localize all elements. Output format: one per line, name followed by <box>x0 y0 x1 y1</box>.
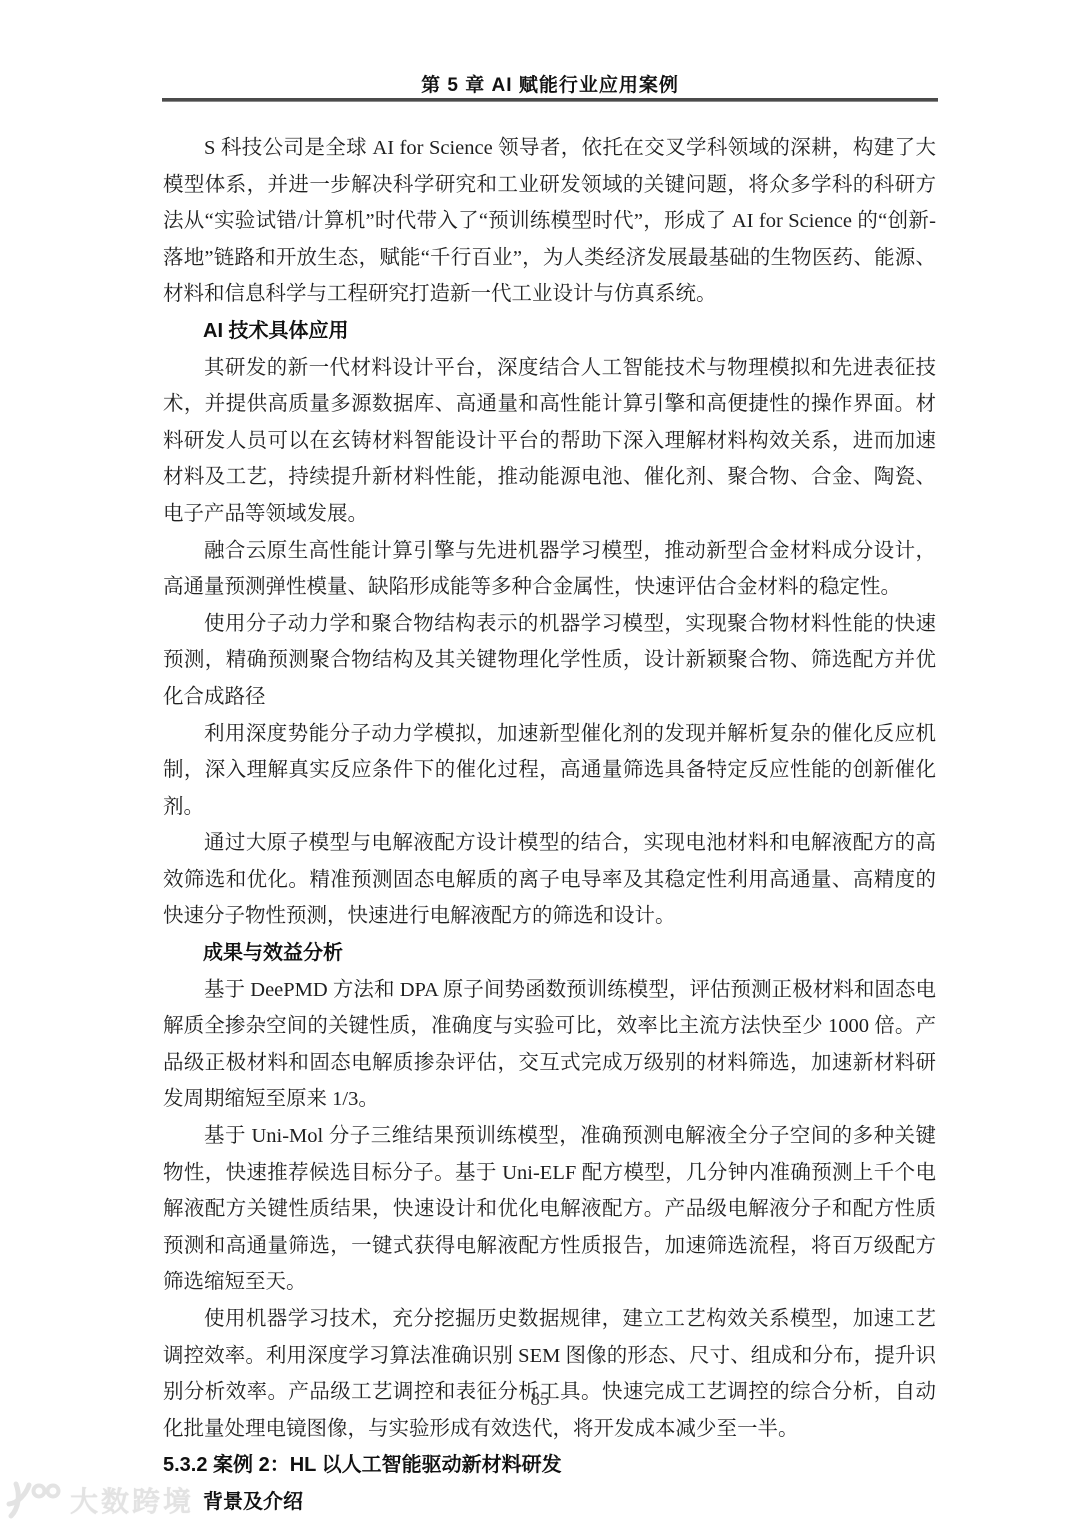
paragraph-unimol-results: 基于 Uni-Mol 分子三维结果预训练模型，准确预测电解液全分子空间的多种关键… <box>163 1118 936 1301</box>
paragraph-ml-process-control: 使用机器学习技术，充分挖掘历史数据规律，建立工艺构效关系模型，加速工艺调控效率。… <box>163 1301 936 1447</box>
paragraph-electrolyte-screening: 通过大原子模型与电解液配方设计模型的结合，实现电池材料和电解液配方的高效筛选和优… <box>163 825 936 935</box>
watermark-brand-text: 大数跨境 <box>70 1480 194 1520</box>
paragraph-alloy-design: 融合云原生高性能计算引擎与先进机器学习模型，推动新型合金材料成分设计，高通量预测… <box>163 533 936 606</box>
paragraph-catalyst-discovery: 利用深度势能分子动力学模拟，加速新型催化剂的发现并解析复杂的催化反应机制，深入理… <box>163 716 936 826</box>
page-number: 85 <box>0 1389 1080 1411</box>
subhead-results-benefits: 成果与效益分析 <box>163 935 936 972</box>
paragraph-polymer-prediction: 使用分子动力学和聚合物结构表示的机器学习模型，实现聚合物材料性能的快速预测，精确… <box>163 606 936 716</box>
section-heading-5-3-2: 5.3.2 案例 2：HL 以人工智能驱动新材料研发 <box>163 1447 936 1484</box>
header-rule <box>162 98 938 102</box>
watermark: 大数跨境 <box>6 1480 194 1520</box>
paragraph-materials-platform: 其研发的新一代材料设计平台，深度结合人工智能技术与物理模拟和先进表征技术，并提供… <box>163 350 936 533</box>
paragraph-deepmd-results: 基于 DeePMD 方法和 DPA 原子间势函数预训练模型，评估预测正极材料和固… <box>163 972 936 1118</box>
content-blocks: S 科技公司是全球 AI for Science 领导者，依托在交叉学科领域的深… <box>163 130 936 1521</box>
swoosh-100-logo-icon <box>6 1480 62 1520</box>
subhead-background-intro: 背景及介绍 <box>163 1484 936 1521</box>
document-page: 第 5 章 AI 赋能行业应用案例 S 科技公司是全球 AI for Scien… <box>0 0 1080 1527</box>
chapter-running-head: 第 5 章 AI 赋能行业应用案例 <box>163 70 937 97</box>
intro-paragraph: S 科技公司是全球 AI for Science 领导者，依托在交叉学科领域的深… <box>163 130 936 313</box>
subhead-ai-applications: AI 技术具体应用 <box>163 313 936 350</box>
